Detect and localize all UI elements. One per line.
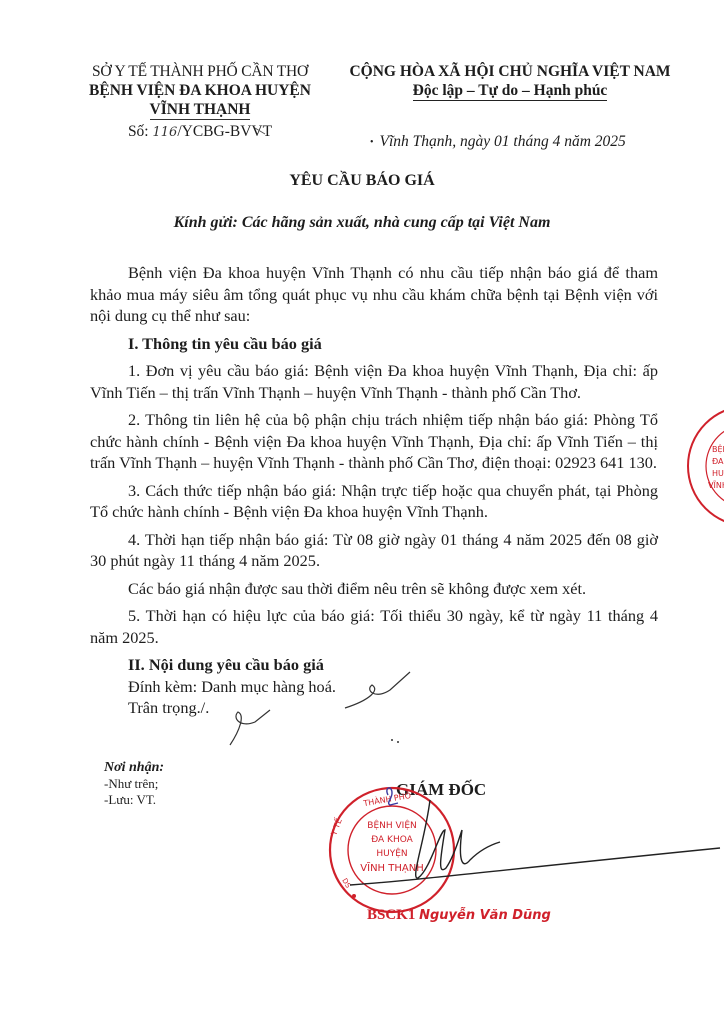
hospital-name-line2: VĨNH THẠNH — [150, 100, 251, 120]
hospital-name-line1: BỆNH VIỆN ĐA KHOA HUYỆN — [60, 81, 340, 100]
country-name: CỘNG HÒA XÃ HỘI CHỦ NGHĨA VIỆT NAM — [330, 62, 690, 81]
svg-text:HU: HU — [712, 469, 724, 478]
svg-text:DS: DS — [340, 877, 352, 890]
signer-name: BSCK1 Nguyễn Văn Dũng — [367, 907, 551, 924]
issuing-agency-header: SỞ Y TẾ THÀNH PHỐ CẦN THƠ BỆNH VIỆN ĐA K… — [60, 62, 340, 142]
date-text: Vĩnh Thạnh, ngày 01 tháng 4 năm 2025 — [380, 133, 626, 150]
recipient-item: -Lưu: VT. — [104, 792, 164, 808]
department-name: SỞ Y TẾ THÀNH PHỐ CẦN THƠ — [60, 62, 340, 81]
intro-paragraph: Bệnh viện Đa khoa huyện Vĩnh Thạnh có nh… — [90, 262, 658, 327]
document-number: Số: 116/YCBG-BVVT — [60, 122, 340, 142]
signer-title: GIÁM ĐỐC — [396, 780, 486, 800]
attachment-line: Đính kèm: Danh mục hàng hoá. — [90, 676, 658, 698]
stamp-line-1: BỆNH VIỆN — [367, 819, 416, 831]
svg-text:Y TẾ: Y TẾ — [327, 816, 344, 838]
recipients-label: Nơi nhận: — [104, 760, 164, 776]
doc-number-handwritten: 116 — [153, 125, 178, 140]
document-title: YÊU CẦU BÁO GIÁ — [0, 172, 724, 190]
place-date-line: •Vĩnh Thạnh, ngày 01 tháng 4 năm 2025 — [370, 133, 626, 151]
svg-text:BỆN: BỆN — [712, 443, 724, 455]
item-4: 4. Thời hạn tiếp nhận báo giá: Từ 08 giờ… — [90, 529, 658, 572]
late-note: Các báo giá nhận được sau thời điểm nêu … — [90, 578, 658, 600]
edge-stamp-icon: BỆN ĐA HU VĨNH T — [688, 406, 724, 526]
section-1-heading: I. Thông tin yêu cầu báo giá — [90, 333, 658, 355]
addressee-line: Kính gửi: Các hãng sản xuất, nhà cung cấ… — [0, 214, 724, 232]
official-stamp-icon: BỆNH VIỆN ĐA KHOA HUYỆN VĨNH THẠNH THÀNH… — [327, 788, 454, 912]
svg-text:ĐA: ĐA — [712, 457, 724, 466]
svg-text:ĐA KHOA: ĐA KHOA — [371, 835, 413, 845]
director-signature-icon — [350, 800, 720, 885]
national-motto: Độc lập – Tự do – Hạnh phúc — [413, 82, 608, 101]
recipients-block: Nơi nhận: -Như trên; -Lưu: VT. — [104, 760, 164, 808]
section-2-heading: II. Nội dung yêu cầu báo giá — [90, 654, 658, 676]
signer-fullname: Nguyễn Văn Dũng — [419, 908, 551, 923]
addressee-label: Kính gửi: — [174, 214, 238, 231]
doc-number-prefix: Số: — [128, 123, 153, 140]
svg-text:VĨNH T: VĨNH T — [708, 480, 724, 490]
svg-text:HUYỆN: HUYỆN — [376, 847, 407, 859]
addressee-text: Các hãng sản xuất, nhà cung cấp tại Việt… — [242, 214, 551, 231]
doc-number-suffix: /YCBG-BVVT — [177, 123, 272, 140]
bullet-mark: • — [370, 137, 374, 148]
item-2: 2. Thông tin liên hệ của bộ phận chịu tr… — [90, 409, 658, 474]
document-body: Bệnh viện Đa khoa huyện Vĩnh Thạnh có nh… — [90, 262, 658, 719]
item-1: 1. Đơn vị yêu cầu báo giá: Bệnh viện Đa … — [90, 360, 658, 403]
recipient-item: -Như trên; — [104, 776, 164, 792]
national-header: CỘNG HÒA XÃ HỘI CHỦ NGHĨA VIỆT NAM Độc l… — [330, 62, 690, 101]
closing-line: Trân trọng./. — [90, 697, 658, 719]
item-3: 3. Cách thức tiếp nhận báo giá: Nhận trự… — [90, 480, 658, 523]
signer-degree: BSCK1 — [367, 907, 415, 923]
item-5: 5. Thời hạn có hiệu lực của báo giá: Tối… — [90, 605, 658, 648]
svg-text:VĨNH THẠNH: VĨNH THẠNH — [360, 861, 423, 874]
